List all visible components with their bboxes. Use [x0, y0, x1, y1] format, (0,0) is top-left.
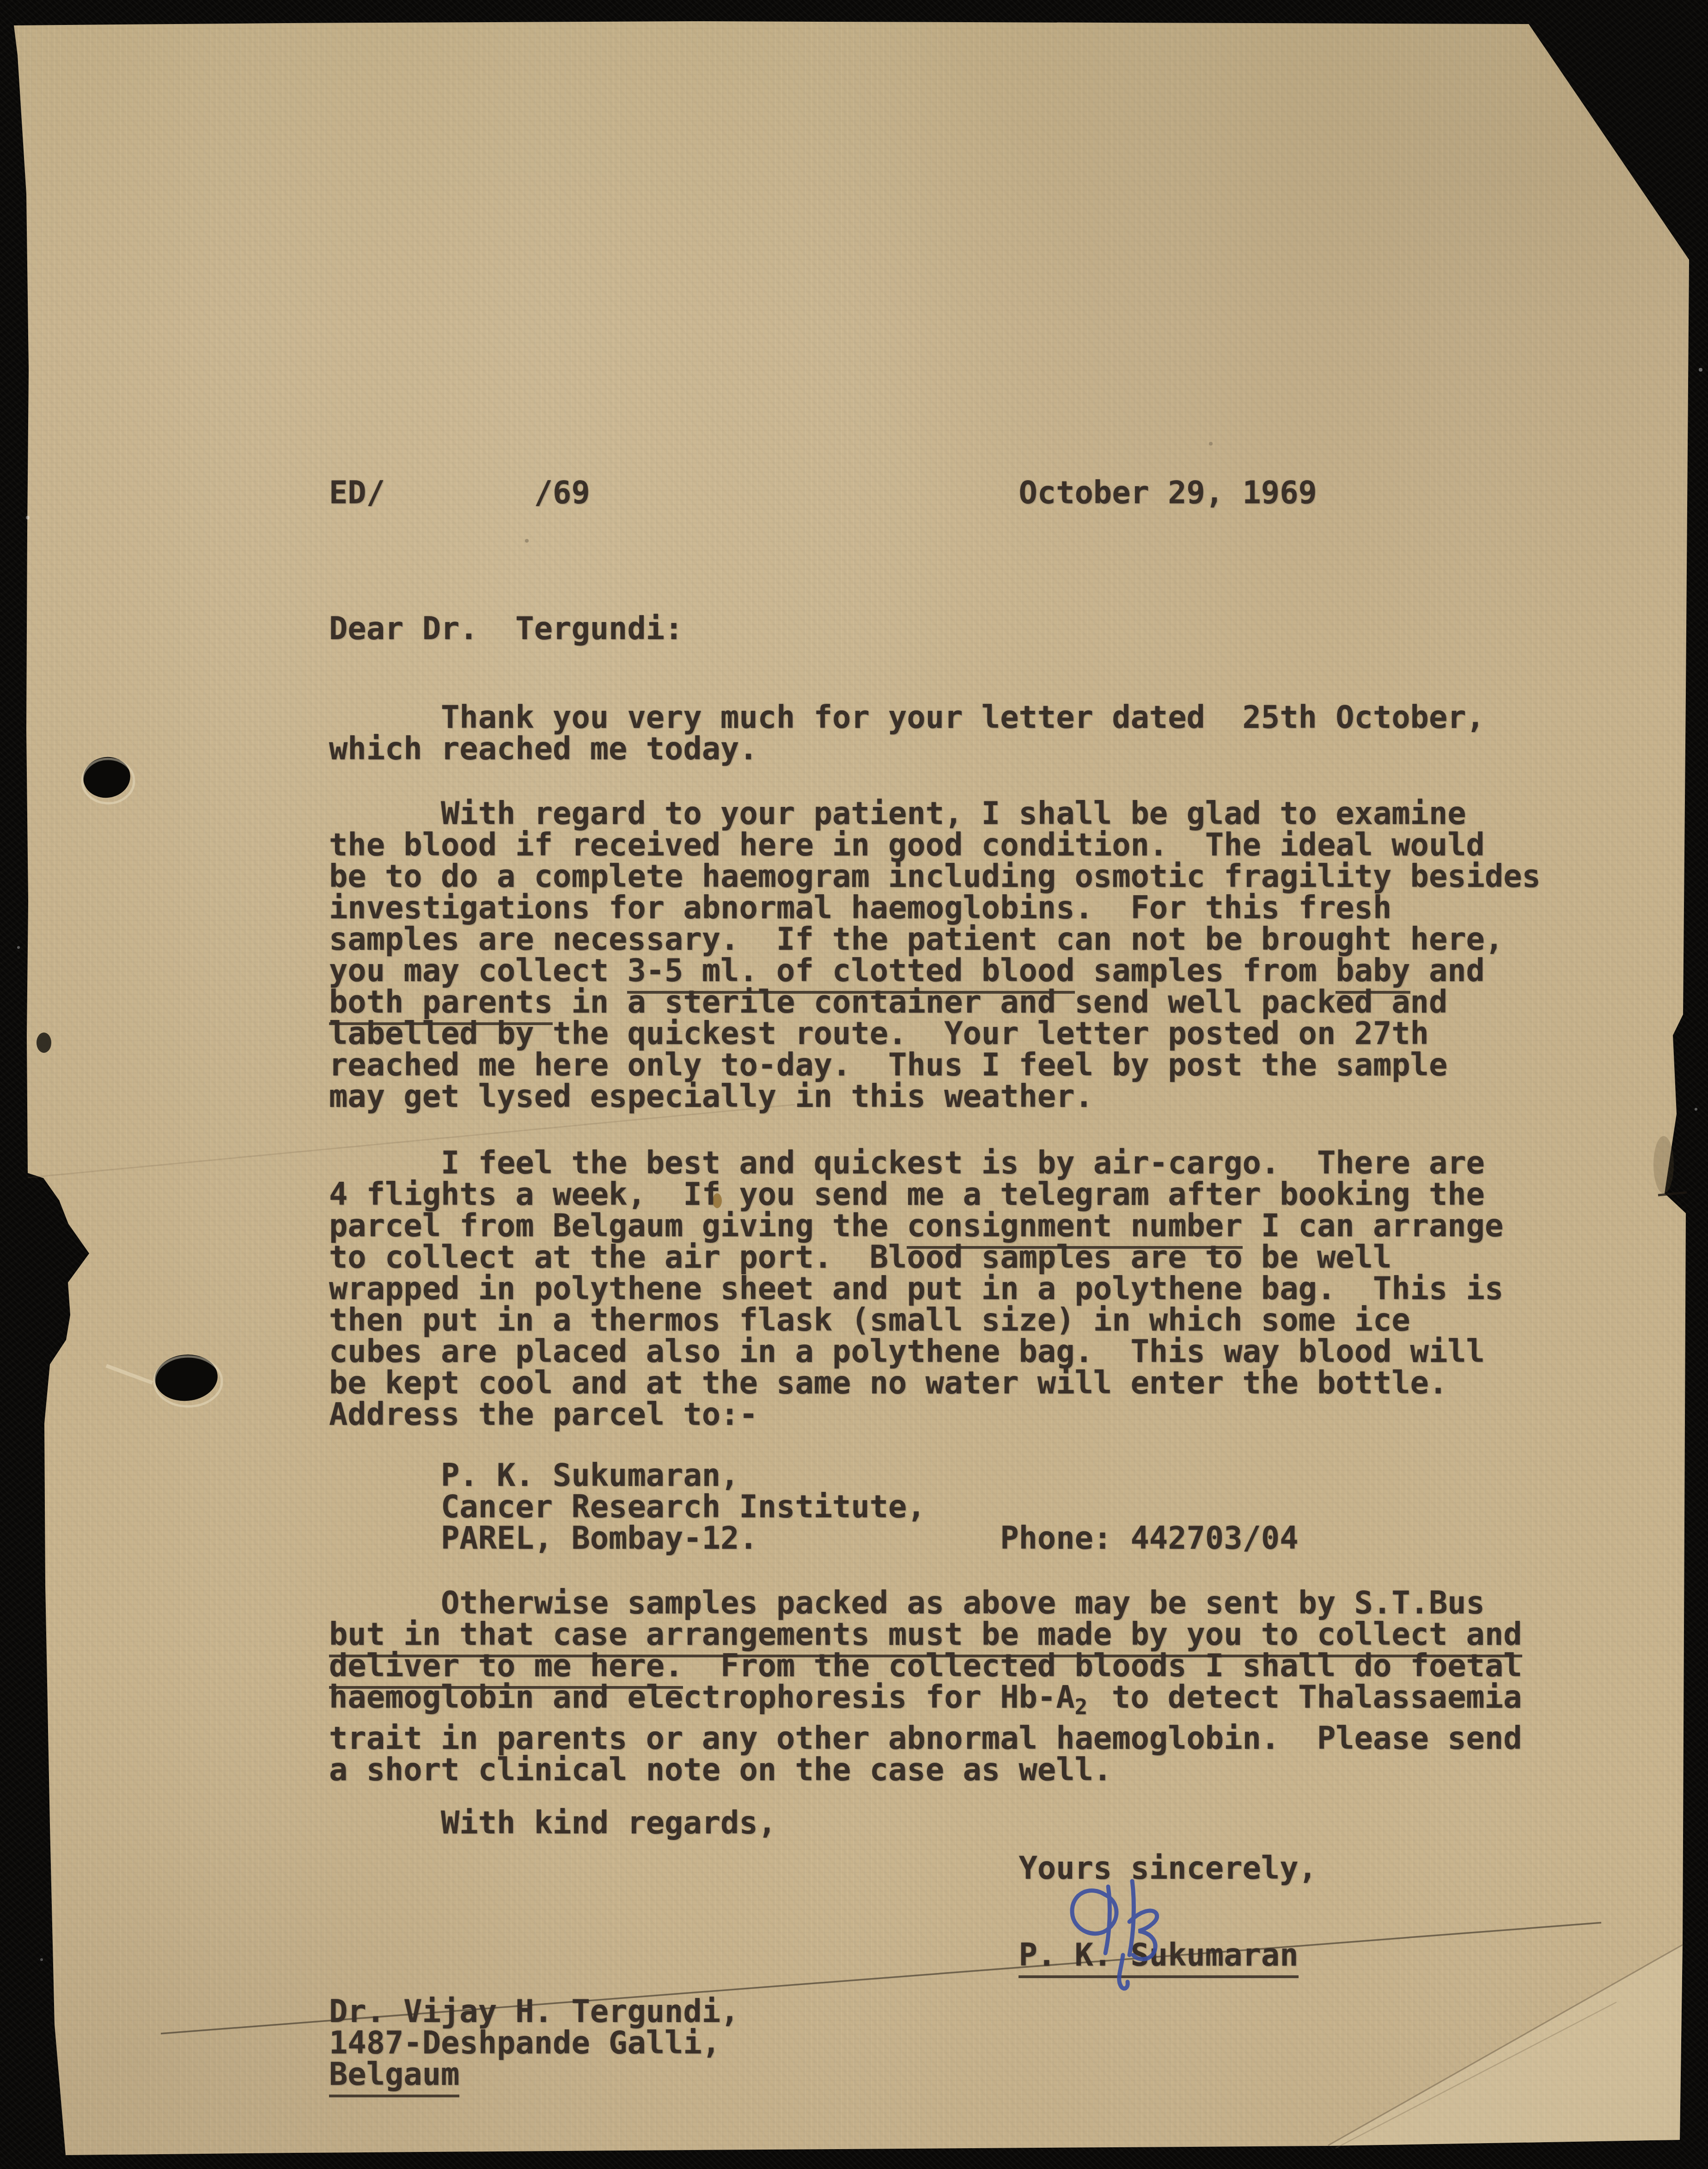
text-line: parcel from Belgaum giving the consignme… — [329, 1210, 1503, 1241]
text-line: Address the parcel to:- — [329, 1399, 1503, 1430]
text-segment: a short clinical note on the case as wel… — [329, 1752, 1112, 1788]
consignee-address: P. K. Sukumaran, Cancer Research Institu… — [329, 1460, 1299, 1554]
text-line: labelled by the quickest route. Your let… — [329, 1018, 1541, 1049]
text-line: Dear Dr. Tergundi: — [329, 613, 683, 644]
text-segment: PAREL, Bombay-12. Phone: 442703/04 — [329, 1520, 1299, 1556]
text-segment: Otherwise samples packed as above may be… — [329, 1585, 1485, 1621]
text-line: Cancer Research Institute, — [329, 1491, 1299, 1522]
text-line: which reached me today. — [329, 733, 1485, 764]
text-segment: 2 — [1075, 1691, 1093, 1723]
text-line: trait in parents or any other abnormal h… — [329, 1723, 1522, 1754]
text-line: but in that case arrangements must be ma… — [329, 1619, 1522, 1650]
text-segment: you may collect — [329, 953, 627, 989]
text-line: With kind regards, — [329, 1807, 776, 1839]
text-segment: Address the parcel to:- — [329, 1396, 758, 1432]
text-line: I feel the best and quickest is by air-c… — [329, 1147, 1503, 1179]
dust-speck — [17, 946, 20, 949]
letter-body: ED/ /69 October 29, 1969Dear Dr. Tergund… — [329, 0, 1708, 2169]
text-line: to collect at the air port. Blood sample… — [329, 1241, 1503, 1273]
text-segment: Yours sincerely, — [329, 1850, 1317, 1886]
text-line: be kept cool and at the same no water wi… — [329, 1367, 1503, 1399]
dust-speck — [40, 1958, 43, 1961]
paragraph-2: With regard to your patient, I shall be … — [329, 798, 1541, 1112]
text-segment: may get lysed especially in this weather… — [329, 1078, 1093, 1114]
text-segment: cubes are placed also in a polythene bag… — [329, 1333, 1485, 1369]
text-line: P. K. Sukumaran, — [329, 1460, 1299, 1491]
text-line: ED/ /69 October 29, 1969 — [329, 477, 1317, 508]
text-line: 4 flights a week, If you send me a teleg… — [329, 1179, 1503, 1210]
text-segment: samples are necessary. If the patient ca… — [329, 921, 1503, 957]
text-line: may get lysed especially in this weather… — [329, 1081, 1541, 1112]
text-line: 1487-Deshpande Galli, — [329, 2027, 739, 2059]
text-line: Thank you very much for your letter date… — [329, 702, 1485, 733]
text-segment: 1487-Deshpande Galli, — [329, 2025, 720, 2061]
reference-line: ED/ /69 October 29, 1969 — [329, 477, 1317, 508]
text-segment: From the collected bloods I shall do foe… — [683, 1648, 1522, 1684]
text-line: Otherwise samples packed as above may be… — [329, 1587, 1522, 1619]
paragraph-4: Otherwise samples packed as above may be… — [329, 1587, 1522, 1785]
text-segment: Thank you very much for your letter date… — [329, 699, 1485, 735]
text-line: cubes are placed also in a polythene bag… — [329, 1336, 1503, 1367]
text-segment: reached me here only to-day. Thus I feel… — [329, 1047, 1447, 1083]
text-segment: P. K. Sukumaran — [1019, 1937, 1298, 1978]
text-segment: With regard to your patient, I shall be … — [329, 795, 1466, 831]
text-segment: to collect at the air port. Blood sample… — [329, 1239, 1391, 1275]
recipient-address: Dr. Vijay H. Tergundi,1487-Deshpande Gal… — [329, 1996, 739, 2090]
signoff: Yours sincerely, — [329, 1852, 1317, 1884]
text-segment: I feel the best and quickest is by air-c… — [329, 1145, 1485, 1181]
text-segment: samples from — [1075, 953, 1336, 989]
text-segment: Belgaum — [329, 2056, 459, 2097]
text-segment: be to do a complete haemogram including … — [329, 858, 1541, 894]
text-line: both parents in a sterile container and … — [329, 986, 1541, 1018]
scanned-letter-page: ED/ /69 October 29, 1969Dear Dr. Tergund… — [0, 0, 1708, 2169]
text-line: reached me here only to-day. Thus I feel… — [329, 1049, 1541, 1081]
text-segment: wrapped in polythene sheet and put in a … — [329, 1271, 1503, 1307]
text-line: samples are necessary. If the patient ca… — [329, 923, 1541, 955]
text-segment: ED/ /69 October 29, 1969 — [329, 475, 1317, 511]
text-segment: then put in a thermos flask (small size)… — [329, 1302, 1410, 1338]
text-line: Belgaum — [329, 2059, 739, 2090]
text-segment — [329, 1937, 1019, 1973]
paragraph-1: Thank you very much for your letter date… — [329, 702, 1485, 764]
text-line: investigations for abnormal haemoglobins… — [329, 892, 1541, 923]
text-segment: Dear Dr. Tergundi: — [329, 611, 683, 647]
text-line: With regard to your patient, I shall be … — [329, 798, 1541, 829]
text-line: Dr. Vijay H. Tergundi, — [329, 1996, 739, 2027]
text-segment: the blood if received here in good condi… — [329, 827, 1485, 863]
text-segment: labelled by the quickest route. Your let… — [329, 1015, 1429, 1051]
text-segment: parcel from Belgaum giving the — [329, 1208, 907, 1244]
text-segment: 4 flights a week, If you send me a teleg… — [329, 1176, 1485, 1212]
typed-name: P. K. Sukumaran — [329, 1939, 1299, 1971]
text-segment: in a sterile container and send well pac… — [553, 984, 1447, 1020]
text-line: be to do a complete haemogram including … — [329, 861, 1541, 892]
text-segment: to detect Thalassaemia — [1093, 1679, 1522, 1715]
text-line: P. K. Sukumaran — [329, 1939, 1299, 1971]
text-line: a short clinical note on the case as wel… — [329, 1754, 1522, 1785]
text-segment: which reached me today. — [329, 731, 758, 767]
text-segment: I can arrange — [1243, 1208, 1504, 1244]
text-line: the blood if received here in good condi… — [329, 829, 1541, 861]
text-line: PAREL, Bombay-12. Phone: 442703/04 — [329, 1522, 1299, 1554]
text-segment: With kind regards, — [329, 1805, 776, 1841]
text-segment: investigations for abnormal haemoglobins… — [329, 890, 1391, 926]
text-segment: Cancer Research Institute, — [329, 1489, 926, 1525]
salutation: Dear Dr. Tergundi: — [329, 613, 683, 644]
closing: With kind regards, — [329, 1807, 776, 1839]
text-segment: Dr. Vijay H. Tergundi, — [329, 1993, 739, 2029]
text-segment: P. K. Sukumaran, — [329, 1457, 739, 1493]
text-line: wrapped in polythene sheet and put in a … — [329, 1273, 1503, 1304]
text-segment: haemoglobin and electrophoresis for Hb-A — [329, 1679, 1075, 1715]
text-line: Yours sincerely, — [329, 1852, 1317, 1884]
text-segment: be kept cool and at the same no water wi… — [329, 1365, 1447, 1401]
text-line: then put in a thermos flask (small size)… — [329, 1304, 1503, 1336]
text-segment: trait in parents or any other abnormal h… — [329, 1720, 1522, 1756]
text-line: deliver to me here. From the collected b… — [329, 1650, 1522, 1681]
text-line: you may collect 3-5 ml. of clotted blood… — [329, 955, 1541, 986]
paragraph-3: I feel the best and quickest is by air-c… — [329, 1147, 1503, 1430]
text-segment: and — [1410, 953, 1485, 989]
text-line: haemoglobin and electrophoresis for Hb-A… — [329, 1681, 1522, 1723]
